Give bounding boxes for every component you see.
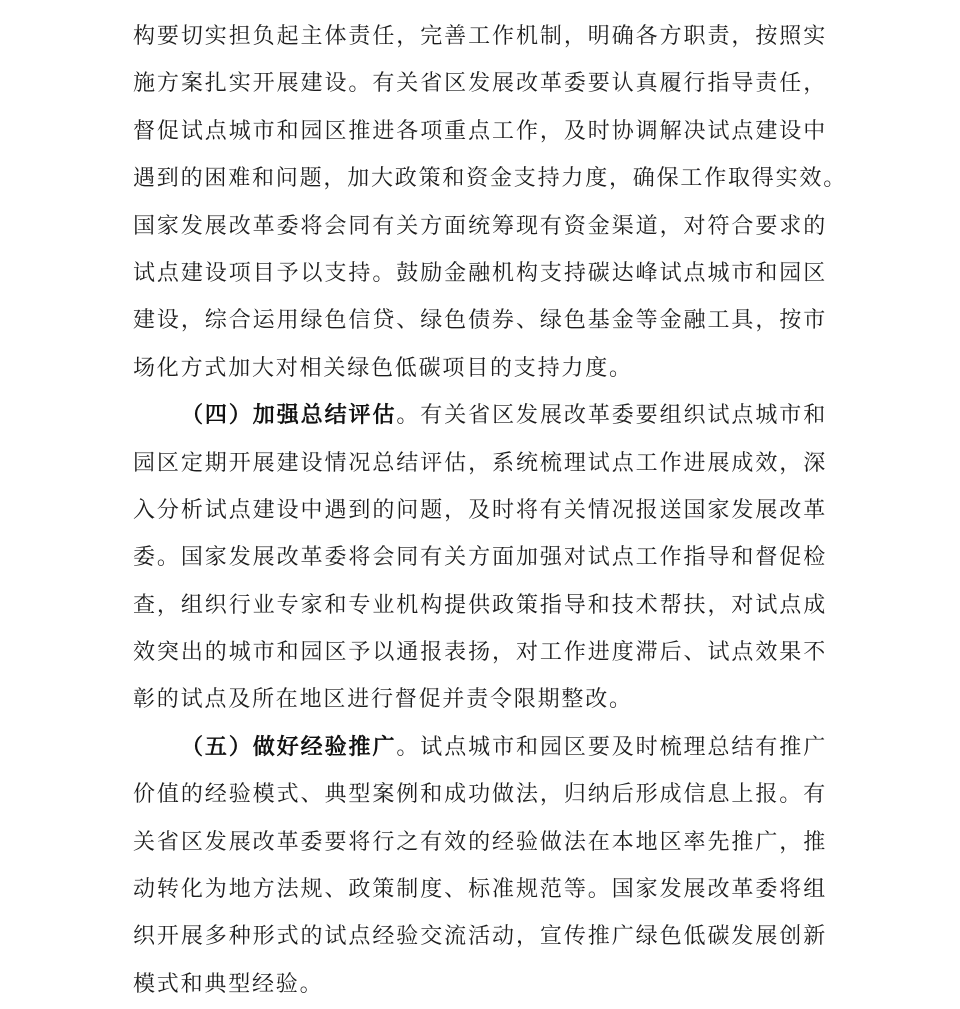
text-line: 动转化为地方法规、政策制度、标准规范等。国家发展改革委将组	[133, 866, 827, 913]
section-paragraph-summary-evaluation: （四）加强总结评估。有关省区发展改革委要组织试点城市和 园区定期开展建设情况总结…	[133, 392, 827, 724]
text-line: 查，组织行业专家和专业机构提供政策指导和技术帮扶，对试点成	[133, 582, 827, 629]
section-heading: （四）加强总结评估	[181, 402, 396, 428]
text-line: 价值的经验模式、典型案例和成功做法，归纳后形成信息上报。有	[133, 771, 827, 818]
section-first-line: （四）加强总结评估。有关省区发展改革委要组织试点城市和	[133, 392, 827, 439]
document-page: 构要切实担负起主体责任，完善工作机制，明确各方职责，按照实 施方案扎实开展建设。…	[133, 13, 827, 1008]
text-line: 效突出的城市和园区予以通报表扬，对工作进度滞后、试点效果不	[133, 629, 827, 676]
text-line: 入分析试点建设中遇到的问题，及时将有关情况报送国家发展改革	[133, 487, 827, 534]
text-line: 织开展多种形式的试点经验交流活动，宣传推广绿色低碳发展创新	[133, 913, 827, 960]
body-paragraph-funding: 构要切实担负起主体责任，完善工作机制，明确各方职责，按照实 施方案扎实开展建设。…	[133, 13, 827, 392]
text-line: 模式和典型经验。	[133, 961, 827, 1008]
section-heading: （五）做好经验推广	[181, 734, 396, 760]
text-line: 试点建设项目予以支持。鼓励金融机构支持碳达峰试点城市和园区	[133, 250, 827, 297]
section-paragraph-experience-promotion: （五）做好经验推广。试点城市和园区要及时梳理总结有推广 价值的经验模式、典型案例…	[133, 724, 827, 1008]
section-lead-text: 。试点城市和园区要及时梳理总结有推广	[396, 735, 827, 760]
text-line: 遇到的困难和问题，加大政策和资金支持力度，确保工作取得实效。	[133, 155, 827, 202]
text-line: 督促试点城市和园区推进各项重点工作，及时协调解决试点建设中	[133, 108, 827, 155]
text-line: 彰的试点及所在地区进行督促并责令限期整改。	[133, 676, 827, 723]
text-line: 委。国家发展改革委将会同有关方面加强对试点工作指导和督促检	[133, 534, 827, 581]
section-lead-text: 。有关省区发展改革委要组织试点城市和	[396, 403, 827, 428]
text-line: 关省区发展改革委要将行之有效的经验做法在本地区率先推广，推	[133, 819, 827, 866]
section-first-line: （五）做好经验推广。试点城市和园区要及时梳理总结有推广	[133, 724, 827, 771]
text-line: 场化方式加大对相关绿色低碳项目的支持力度。	[133, 345, 827, 392]
text-line: 构要切实担负起主体责任，完善工作机制，明确各方职责，按照实	[133, 13, 827, 60]
text-line: 建设，综合运用绿色信贷、绿色债券、绿色基金等金融工具，按市	[133, 297, 827, 344]
text-line: 施方案扎实开展建设。有关省区发展改革委要认真履行指导责任，	[133, 60, 827, 107]
text-line: 国家发展改革委将会同有关方面统筹现有资金渠道，对符合要求的	[133, 203, 827, 250]
text-line: 园区定期开展建设情况总结评估，系统梳理试点工作进展成效，深	[133, 440, 827, 487]
